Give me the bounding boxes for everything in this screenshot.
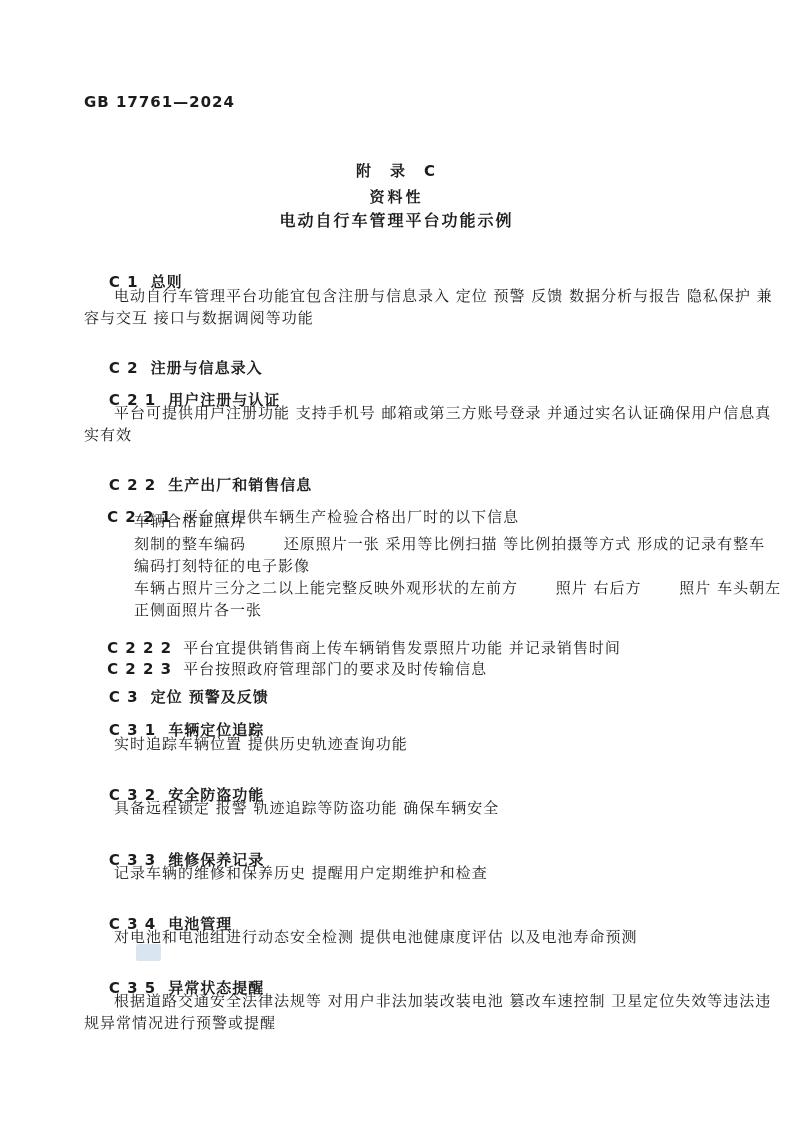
list-item: 车辆占照片三分之二以上能完整反映外观形状的左前方 照片 右后方 照片 车头朝左 [134,577,781,598]
paragraph-line: 电动自行车管理平台功能宜包含注册与信息录入 定位 预警 反馈 数据分析与报告 隐… [114,285,773,306]
appendix-label: 附 录 C [0,160,793,181]
paragraph-line: 根据道路交通安全法律法规等 对用户非法加装改装电池 篡改车速控制 卫星定位失效等… [114,990,771,1011]
paragraph-line: 实有效 [84,424,132,445]
paragraph-line: 具备远程锁定 报警 轨迹追踪等防盗功能 确保车辆安全 [114,797,499,818]
list-item: 刻制的整车编码 还原照片一张 采用等比例扫描 等比例拍摄等方式 形成的记录有整车 [134,533,765,554]
paragraph-line: 规异常情况进行预警或提醒 [84,1012,276,1033]
paragraph-line: 实时追踪车辆位置 提供历史轨迹查询功能 [114,733,408,754]
standard-number: GB 17761—2024 [84,93,235,111]
paragraph-line: 平台可提供用户注册功能 支持手机号 邮箱或第三方账号登录 并通过实名认证确保用户… [114,402,771,423]
paragraph-line: 记录车辆的维修和保养历史 提醒用户定期维护和检查 [114,862,488,883]
list-item: 正侧面照片各一张 [134,599,262,620]
appendix-title: 电动自行车管理平台功能示例 [0,208,793,231]
list-item: 编码打刻特征的电子影像 [134,555,310,576]
appendix-nature: 资料性 [0,186,793,207]
paragraph-line: 容与交互 接口与数据调阅等功能 [84,307,314,328]
paragraph-line: 对电池和电池组进行动态安全检测 提供电池健康度评估 以及电池寿命预测 [114,926,638,947]
document-page: GB 17761—2024 附 录 C 资料性 电动自行车管理平台功能示例 C … [0,0,793,1122]
list-item: 车辆合格证照片 [134,510,246,531]
